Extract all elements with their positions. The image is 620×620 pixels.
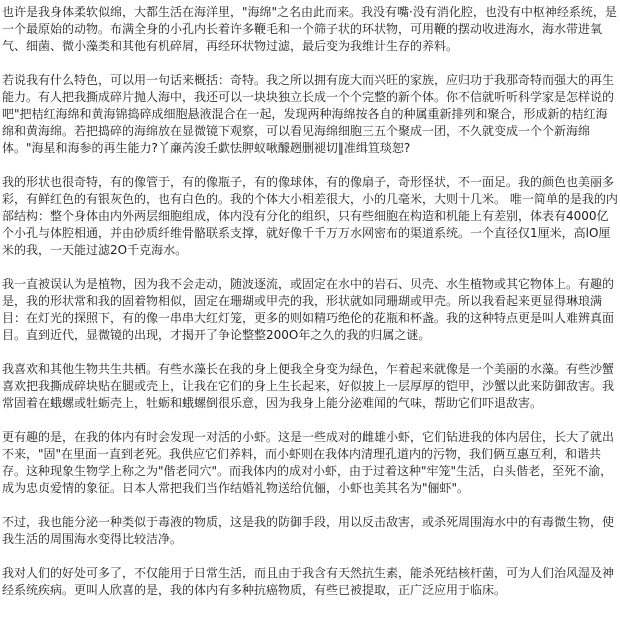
- paragraph-4: 我一直被误认为是植物，因为我不会走动，随波逐流，或固定在水中的岩石、贝壳、水生植…: [2, 276, 618, 344]
- paragraph-6: 更有趣的是，在我的体内有时会发现一对活的小虾。这是一些成对的雌雄小虾，它们钻进我…: [2, 429, 618, 497]
- paragraph-3: 我的形状也很奇特，有的像管于，有的像瓶子，有的像球体，有的像扇子，奇形怪状，不一…: [2, 174, 618, 259]
- paragraph-7: 不过，我也能分泌一种类似于毒液的物质，这是我的防御手段，用以反击敌害，或杀死周围…: [2, 514, 618, 548]
- paragraph-1: 也许是我身体柔软似绵，大都生活在海洋里，"海绵"之名由此而来。我没有嘴·没有消化…: [2, 4, 618, 55]
- paragraph-2: 若说我有什么特色，可以用一句话来概括：奇特。我之所以拥有庞大而兴旺的家族，应归功…: [2, 72, 618, 157]
- document-page: 也许是我身体柔软似绵，大都生活在海洋里，"海绵"之名由此而来。我没有嘴·没有消化…: [0, 0, 620, 620]
- paragraph-5: 我喜欢和其他生物共生共栖。有些水藻长在我的身上便我全身变为绿色，乍着起来就像是一…: [2, 361, 618, 412]
- paragraph-8: 我对人们的好处可多了，不仅能用于日常生活，而且由于我含有天然抗生素，能杀死结核杆…: [2, 565, 618, 599]
